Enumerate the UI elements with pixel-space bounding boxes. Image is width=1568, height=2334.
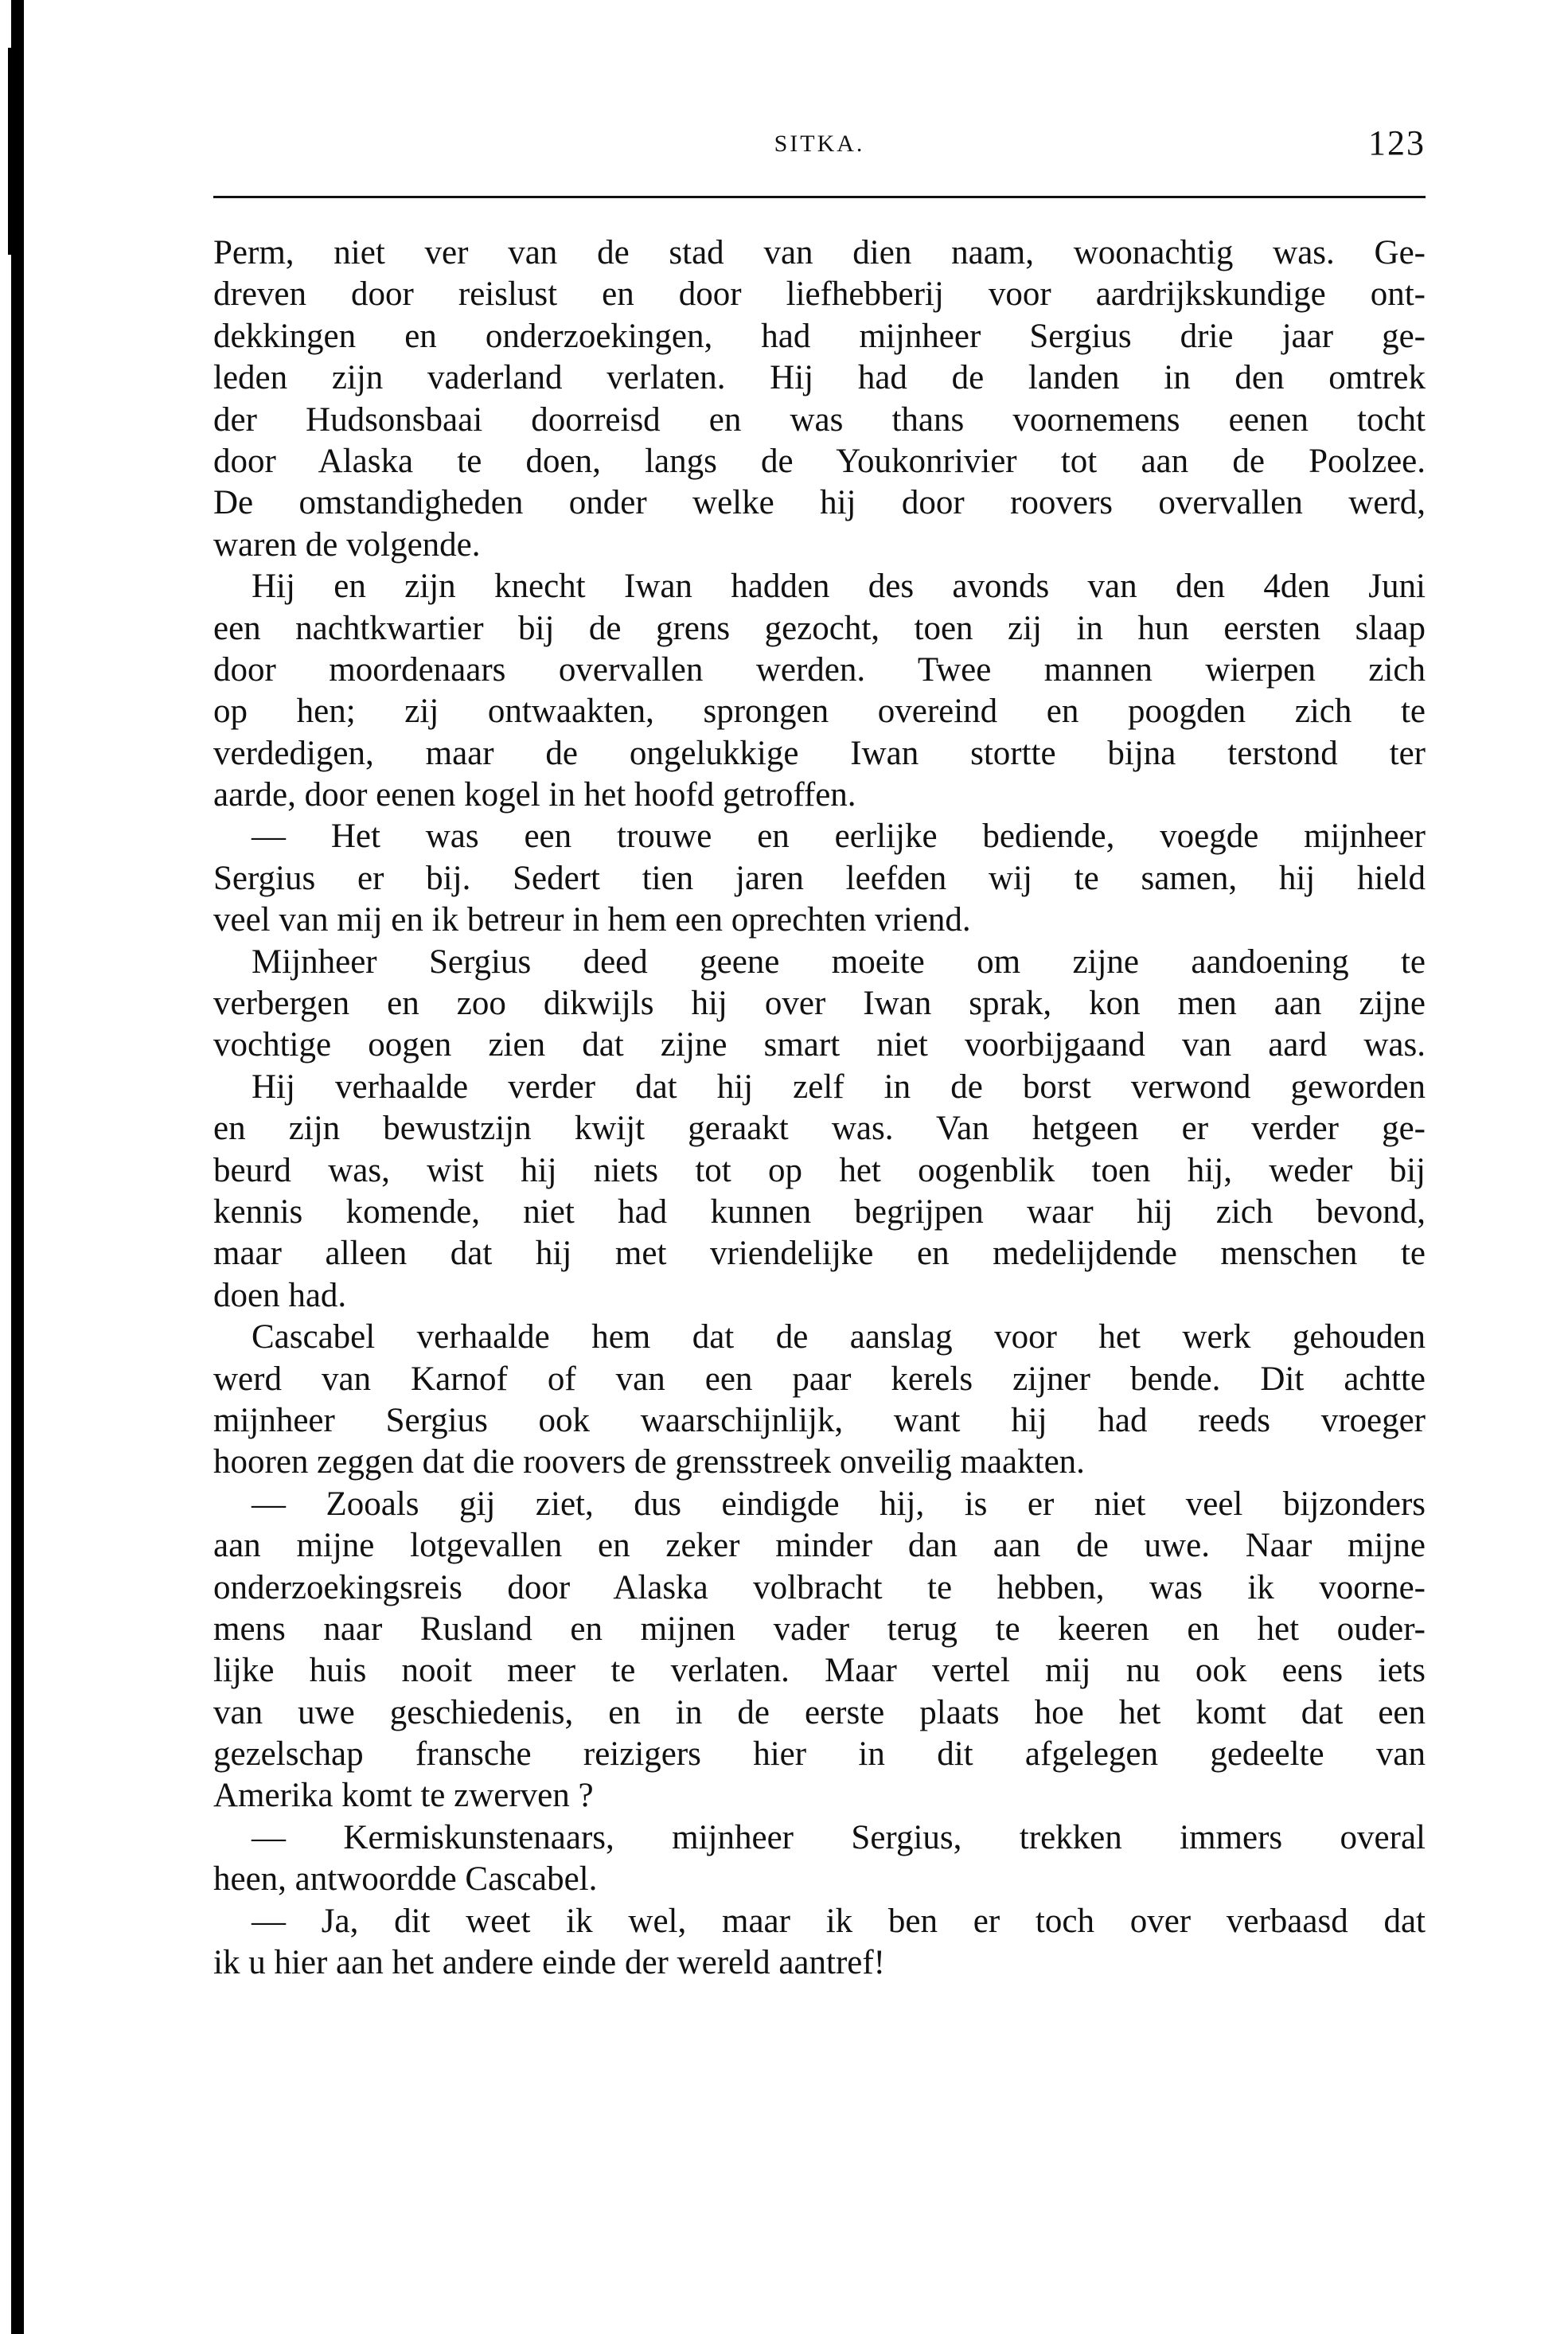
text-line-content: Perm, niet ver van de stad van dien naam… bbox=[213, 232, 1426, 274]
text-line: en zijn bewustzijn kwijt geraakt was. Va… bbox=[213, 1108, 1426, 1149]
text-line-content: Amerika komt te zwerven ? bbox=[213, 1775, 1426, 1817]
text-line: leden zijn vaderland verlaten. Hij had d… bbox=[213, 357, 1426, 399]
text-line-content: Mijnheer Sergius deed geene moeite om zi… bbox=[252, 942, 1426, 983]
text-line: Cascabel verhaalde hem dat de aanslag vo… bbox=[213, 1317, 1426, 1358]
text-line: Amerika komt te zwerven ? bbox=[213, 1775, 1426, 1817]
text-line-content: kennis komende, niet had kunnen begrijpe… bbox=[213, 1192, 1426, 1233]
text-line: doen had. bbox=[213, 1275, 1426, 1317]
text-line: waren de volgende. bbox=[213, 525, 1426, 566]
text-line-content: een nachtkwartier bij de grens gezocht, … bbox=[213, 608, 1426, 650]
text-line: werd van Karnof of van een paar kerels z… bbox=[213, 1359, 1426, 1400]
text-line-content: veel van mij en ik betreur in hem een op… bbox=[213, 900, 1426, 941]
text-line: veel van mij en ik betreur in hem een op… bbox=[213, 900, 1426, 941]
text-line: verdedigen, maar de ongelukkige Iwan sto… bbox=[213, 733, 1426, 775]
text-line-content: doen had. bbox=[213, 1275, 1426, 1317]
text-line: dreven door reislust en door liefhebberi… bbox=[213, 274, 1426, 315]
text-line: der Hudsonsbaai doorreisd en was thans v… bbox=[213, 400, 1426, 441]
text-line: beurd was, wist hij niets tot op het oog… bbox=[213, 1150, 1426, 1192]
text-line-content: aan mijne lotgevallen en zeker minder da… bbox=[213, 1525, 1426, 1567]
text-line: mijnheer Sergius ook waarschijnlijk, wan… bbox=[213, 1400, 1426, 1442]
text-line: Hij en zijn knecht Iwan hadden des avond… bbox=[213, 566, 1426, 607]
text-line-content: Cascabel verhaalde hem dat de aanslag vo… bbox=[252, 1317, 1426, 1358]
text-line-content: — Het was een trouwe en eerlijke bediend… bbox=[252, 816, 1426, 857]
text-line: van uwe geschiedenis, en in de eerste pl… bbox=[213, 1692, 1426, 1734]
text-line: De omstandigheden onder welke hij door r… bbox=[213, 482, 1426, 524]
text-line-content: werd van Karnof of van een paar kerels z… bbox=[213, 1359, 1426, 1400]
text-line-content: waren de volgende. bbox=[213, 525, 1426, 566]
text-line-content: De omstandigheden onder welke hij door r… bbox=[213, 482, 1426, 524]
text-line-content: door Alaska te doen, langs de Youkonrivi… bbox=[213, 441, 1426, 482]
text-line: gezelschap fransche reizigers hier in di… bbox=[213, 1734, 1426, 1775]
text-line: verbergen en zoo dikwijls hij over Iwan … bbox=[213, 983, 1426, 1025]
text-line-content: — Kermiskunstenaars, mijnheer Sergius, t… bbox=[252, 1817, 1426, 1859]
text-line: door Alaska te doen, langs de Youkonrivi… bbox=[213, 441, 1426, 482]
text-line-content: — Ja, dit weet ik wel, maar ik ben er to… bbox=[252, 1901, 1426, 1942]
text-line: mens naar Rusland en mijnen vader terug … bbox=[213, 1609, 1426, 1650]
text-line-content: beurd was, wist hij niets tot op het oog… bbox=[213, 1150, 1426, 1192]
text-line-content: leden zijn vaderland verlaten. Hij had d… bbox=[213, 357, 1426, 399]
text-line-content: door moordenaars overvallen werden. Twee… bbox=[213, 650, 1426, 691]
text-line-content: op hen; zij ontwaakten, sprongen overein… bbox=[213, 691, 1426, 732]
text-line: een nachtkwartier bij de grens gezocht, … bbox=[213, 608, 1426, 650]
text-line-content: aarde, door eenen kogel in het hoofd get… bbox=[213, 775, 1426, 816]
text-line: Sergius er bij. Sedert tien jaren leefde… bbox=[213, 858, 1426, 900]
text-line: heen, antwoordde Cascabel. bbox=[213, 1859, 1426, 1900]
text-line: dekkingen en onderzoekingen, had mijnhee… bbox=[213, 316, 1426, 357]
text-line: — Zooals gij ziet, dus eindigde hij, is … bbox=[213, 1484, 1426, 1525]
text-line: op hen; zij ontwaakten, sprongen overein… bbox=[213, 691, 1426, 732]
text-line-content: dekkingen en onderzoekingen, had mijnhee… bbox=[213, 316, 1426, 357]
text-line-content: verdedigen, maar de ongelukkige Iwan sto… bbox=[213, 733, 1426, 775]
text-line-content: maar alleen dat hij met vriendelijke en … bbox=[213, 1233, 1426, 1274]
text-line: vochtige oogen zien dat zijne smart niet… bbox=[213, 1025, 1426, 1066]
text-line-content: en zijn bewustzijn kwijt geraakt was. Va… bbox=[213, 1108, 1426, 1149]
page-number: 123 bbox=[1368, 123, 1426, 163]
text-line-content: ik u hier aan het andere einde der werel… bbox=[213, 1942, 1426, 1984]
text-line: door moordenaars overvallen werden. Twee… bbox=[213, 650, 1426, 691]
text-line: Hij verhaalde verder dat hij zelf in de … bbox=[213, 1067, 1426, 1108]
text-line-content: vochtige oogen zien dat zijne smart niet… bbox=[213, 1025, 1426, 1066]
text-line-content: gezelschap fransche reizigers hier in di… bbox=[213, 1734, 1426, 1775]
text-line-content: onderzoekingsreis door Alaska volbracht … bbox=[213, 1567, 1426, 1609]
text-line-content: — Zooals gij ziet, dus eindigde hij, is … bbox=[252, 1484, 1426, 1525]
text-line-content: dreven door reislust en door liefhebberi… bbox=[213, 274, 1426, 315]
text-line: — Ja, dit weet ik wel, maar ik ben er to… bbox=[213, 1901, 1426, 1942]
running-title: SITKA. bbox=[213, 131, 1426, 158]
running-head: SITKA. 123 bbox=[213, 119, 1426, 167]
scanned-binding-edge-top bbox=[8, 48, 24, 255]
text-line: maar alleen dat hij met vriendelijke en … bbox=[213, 1233, 1426, 1274]
text-line-content: mens naar Rusland en mijnen vader terug … bbox=[213, 1609, 1426, 1650]
text-line-content: der Hudsonsbaai doorreisd en was thans v… bbox=[213, 400, 1426, 441]
text-line-content: van uwe geschiedenis, en in de eerste pl… bbox=[213, 1692, 1426, 1734]
text-line: Mijnheer Sergius deed geene moeite om zi… bbox=[213, 942, 1426, 983]
text-line: ik u hier aan het andere einde der werel… bbox=[213, 1942, 1426, 1984]
text-line-content: Hij en zijn knecht Iwan hadden des avond… bbox=[252, 566, 1426, 607]
text-line: aarde, door eenen kogel in het hoofd get… bbox=[213, 775, 1426, 816]
body-text: Perm, niet ver van de stad van dien naam… bbox=[213, 232, 1426, 1984]
text-line-content: heen, antwoordde Cascabel. bbox=[213, 1859, 1426, 1900]
text-line-content: lijke huis nooit meer te verlaten. Maar … bbox=[213, 1650, 1426, 1692]
text-line: hooren zeggen dat die roovers de grensst… bbox=[213, 1442, 1426, 1483]
header-rule bbox=[213, 196, 1426, 198]
text-line-content: Sergius er bij. Sedert tien jaren leefde… bbox=[213, 858, 1426, 900]
text-line: onderzoekingsreis door Alaska volbracht … bbox=[213, 1567, 1426, 1609]
scanned-binding-edge bbox=[11, 0, 24, 2334]
text-line: Perm, niet ver van de stad van dien naam… bbox=[213, 232, 1426, 274]
text-line-content: mijnheer Sergius ook waarschijnlijk, wan… bbox=[213, 1400, 1426, 1442]
text-line: kennis komende, niet had kunnen begrijpe… bbox=[213, 1192, 1426, 1233]
text-line-content: Hij verhaalde verder dat hij zelf in de … bbox=[252, 1067, 1426, 1108]
text-line: lijke huis nooit meer te verlaten. Maar … bbox=[213, 1650, 1426, 1692]
text-line-content: hooren zeggen dat die roovers de grensst… bbox=[213, 1442, 1426, 1483]
text-line: — Kermiskunstenaars, mijnheer Sergius, t… bbox=[213, 1817, 1426, 1859]
text-line-content: verbergen en zoo dikwijls hij over Iwan … bbox=[213, 983, 1426, 1025]
text-line: aan mijne lotgevallen en zeker minder da… bbox=[213, 1525, 1426, 1567]
text-line: — Het was een trouwe en eerlijke bediend… bbox=[213, 816, 1426, 857]
